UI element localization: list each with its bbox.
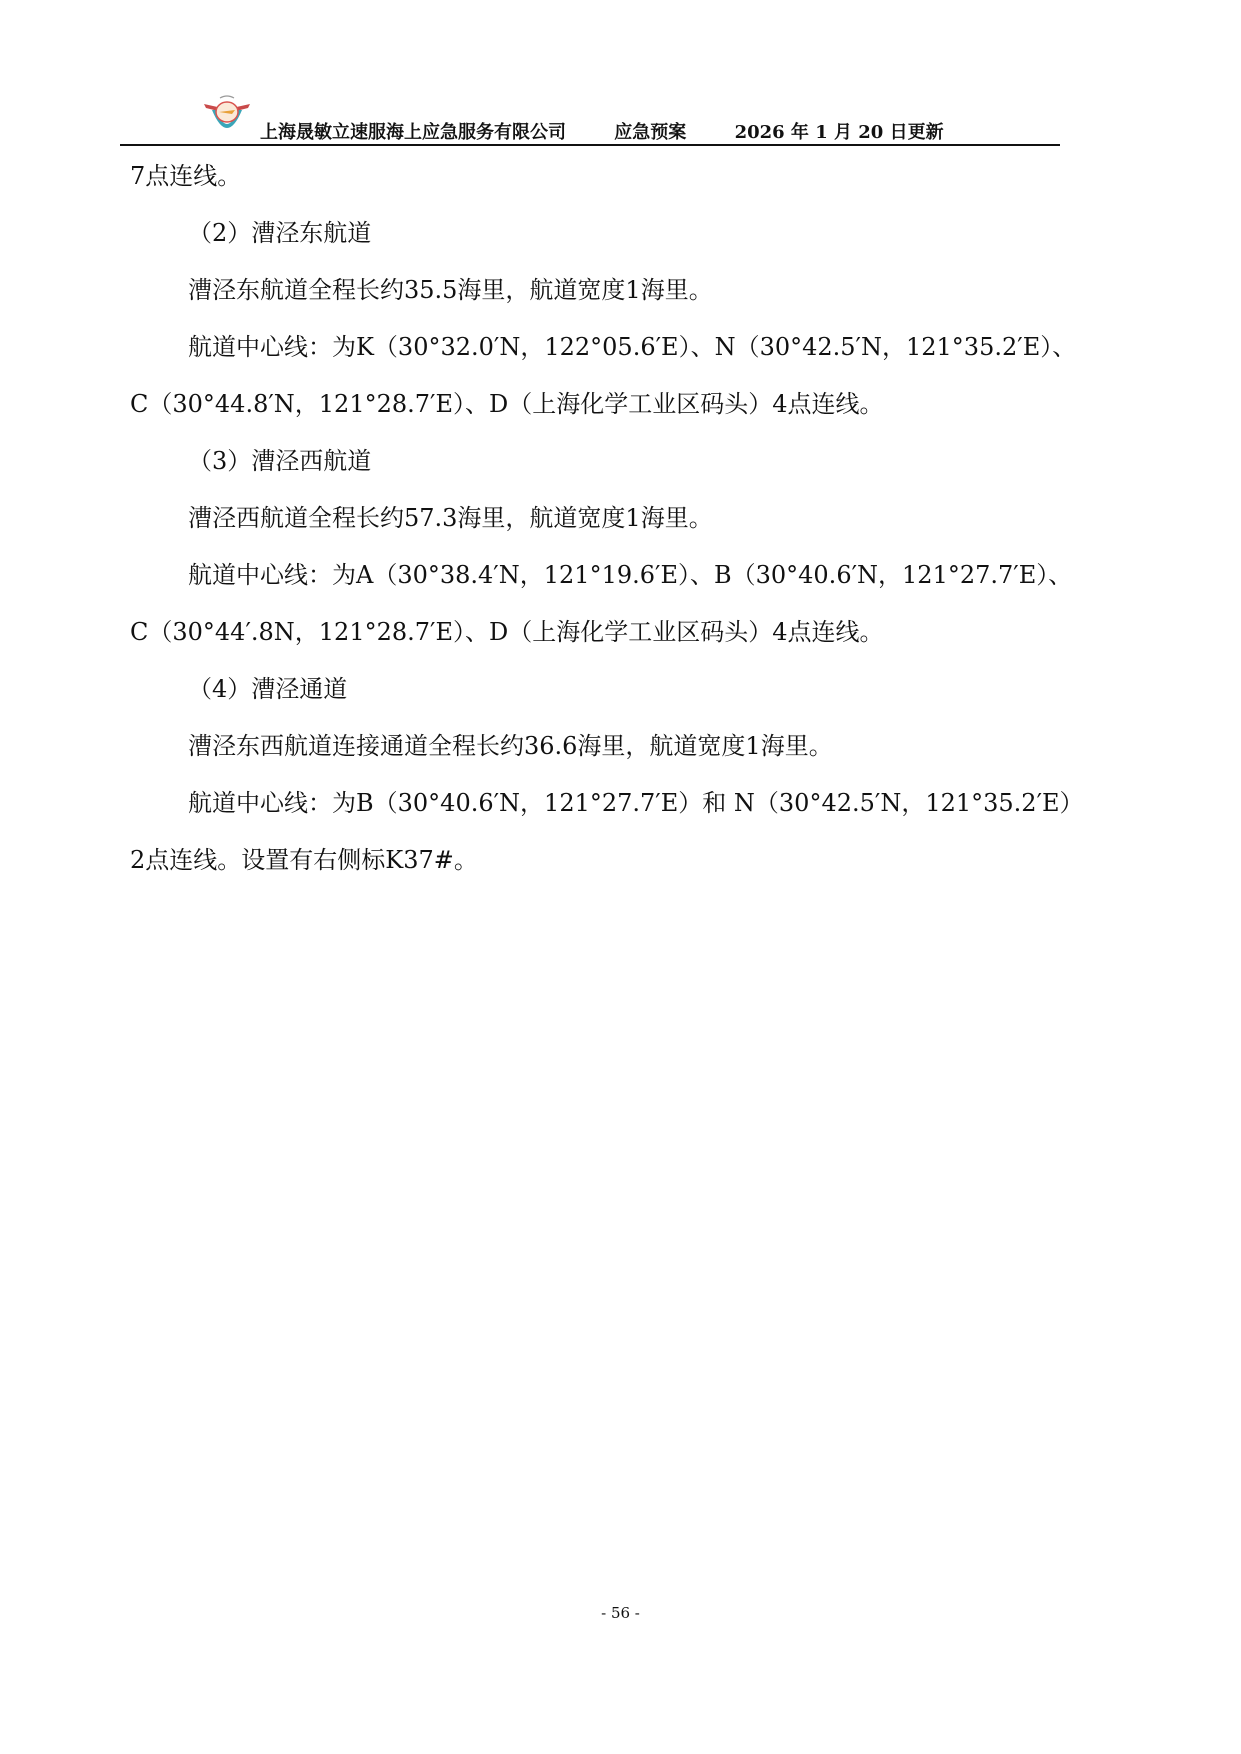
page-header: 上海晟敏立速服海上应急服务有限公司 应急预案 2026 年 1 月 20 日更新 (120, 88, 1060, 146)
body-line: C（30°44′.8N，121°28.7′E）、D（上海化学工业区码头）4点连线… (130, 604, 1060, 661)
header-company-name: 上海晟敏立速服海上应急服务有限公司 (260, 118, 566, 144)
page-number: - 56 - (0, 1604, 1241, 1622)
header-update-date: 2026 年 1 月 20 日更新 (735, 118, 944, 144)
body-line: 7点连线。 (130, 148, 1060, 205)
section-heading-caojing-west: （3）漕泾西航道 (130, 433, 1060, 490)
company-logo-icon (202, 92, 252, 142)
body-line: C（30°44.8′N，121°28.7′E）、D（上海化学工业区码头）4点连线… (130, 376, 1060, 433)
header-divider (120, 144, 1060, 146)
section-heading-caojing-channel: （4）漕泾通道 (130, 661, 1060, 718)
body-paragraph: 航道中心线：为B（30°40.6′N，121°27.7′E）和 N（30°42.… (130, 775, 1060, 832)
body-paragraph: 航道中心线：为A（30°38.4′N，121°19.6′E）、B（30°40.6… (130, 547, 1060, 604)
section-heading-caojing-east: （2）漕泾东航道 (130, 205, 1060, 262)
body-paragraph: 漕泾东航道全程长约35.5海里，航道宽度1海里。 (130, 262, 1060, 319)
header-title: 上海晟敏立速服海上应急服务有限公司 应急预案 2026 年 1 月 20 日更新 (260, 118, 944, 144)
body-paragraph: 漕泾西航道全程长约57.3海里，航道宽度1海里。 (130, 490, 1060, 547)
document-body: 7点连线。 （2）漕泾东航道 漕泾东航道全程长约35.5海里，航道宽度1海里。 … (130, 148, 1060, 889)
body-line: 2点连线。设置有右侧标K37#。 (130, 832, 1060, 889)
body-paragraph: 航道中心线：为K（30°32.0′N，122°05.6′E）、N（30°42.5… (130, 319, 1060, 376)
header-doc-type: 应急预案 (614, 118, 686, 144)
body-paragraph: 漕泾东西航道连接通道全程长约36.6海里，航道宽度1海里。 (130, 718, 1060, 775)
